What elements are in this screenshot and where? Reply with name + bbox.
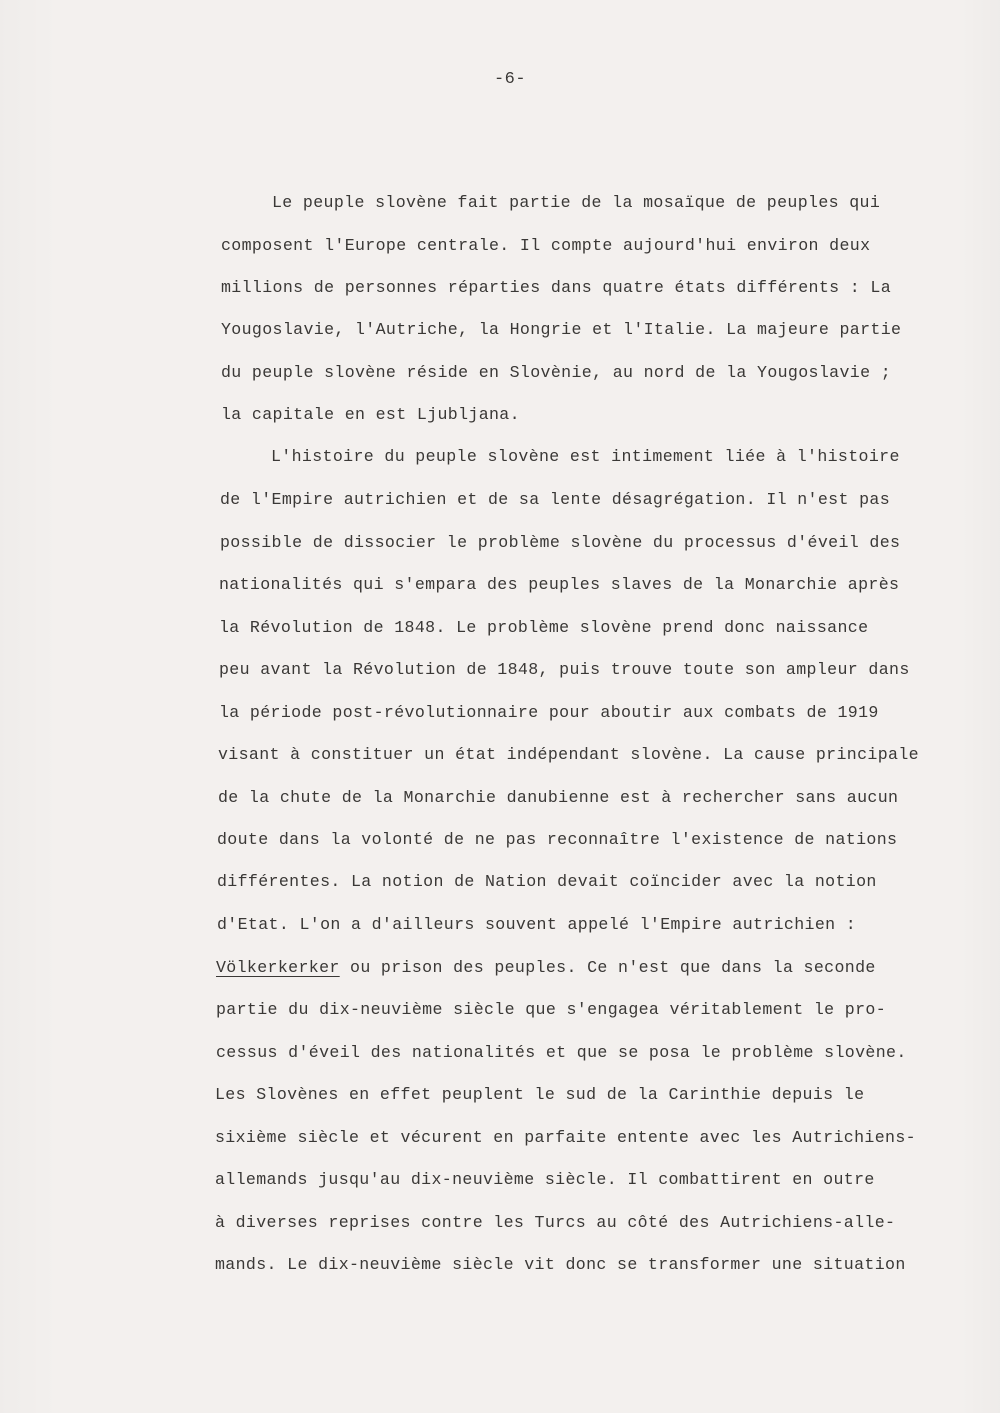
text-line: différentes. La notion de Nation devait … — [217, 872, 877, 892]
text-line: de l'Empire autrichien et de sa lente dé… — [220, 490, 890, 510]
text-line: du peuple slovène réside en Slovènie, au… — [221, 363, 891, 383]
text-line: possible de dissocier le problème slovèn… — [220, 533, 900, 553]
text-line: visant à constituer un état indépendant … — [218, 745, 919, 765]
text-line: de la chute de la Monarchie danubienne e… — [218, 788, 898, 808]
text-line: la période post-révolutionnaire pour abo… — [219, 703, 879, 723]
text-line: la capitale en est Ljubljana. — [221, 405, 520, 425]
text-line: à diverses reprises contre les Turcs au … — [215, 1213, 895, 1233]
text-line: mands. Le dix-neuvième siècle vit donc s… — [215, 1255, 906, 1275]
text-line: Les Slovènes en effet peuplent le sud de… — [215, 1085, 864, 1105]
text-line: nationalités qui s'empara des peuples sl… — [219, 575, 899, 595]
text-line: L'histoire du peuple slovène est intimem… — [271, 447, 900, 467]
document-page: -6- Le peuple slovène fait partie de la … — [0, 0, 1000, 1413]
text-line: peu avant la Révolution de 1848, puis tr… — [219, 660, 910, 680]
text-line: allemands jusqu'au dix-neuvième siècle. … — [215, 1170, 875, 1190]
text-line: sixième siècle et vécurent en parfaite e… — [215, 1128, 916, 1148]
text-line-rest: ou prison des peuples. Ce n'est que dans… — [340, 958, 876, 977]
text-line: Yougoslavie, l'Autriche, la Hongrie et l… — [221, 320, 901, 340]
text-line: la Révolution de 1848. Le problème slovè… — [219, 618, 868, 638]
text-line: composent l'Europe centrale. Il compte a… — [221, 236, 870, 256]
page-number: -6- — [0, 70, 1000, 89]
text-line: millions de personnes réparties dans qua… — [221, 278, 891, 298]
text-line: partie du dix-neuvième siècle que s'enga… — [216, 1000, 886, 1020]
text-line: cessus d'éveil des nationalités et que s… — [216, 1043, 907, 1063]
text-line: d'Etat. L'on a d'ailleurs souvent appelé… — [217, 915, 856, 935]
text-line: doute dans la volonté de ne pas reconnaî… — [217, 830, 897, 850]
text-line: Le peuple slovène fait partie de la mosa… — [272, 193, 880, 213]
underlined-term: Völkerkerker — [216, 958, 340, 977]
text-line: Völkerkerker ou prison des peuples. Ce n… — [216, 958, 876, 978]
